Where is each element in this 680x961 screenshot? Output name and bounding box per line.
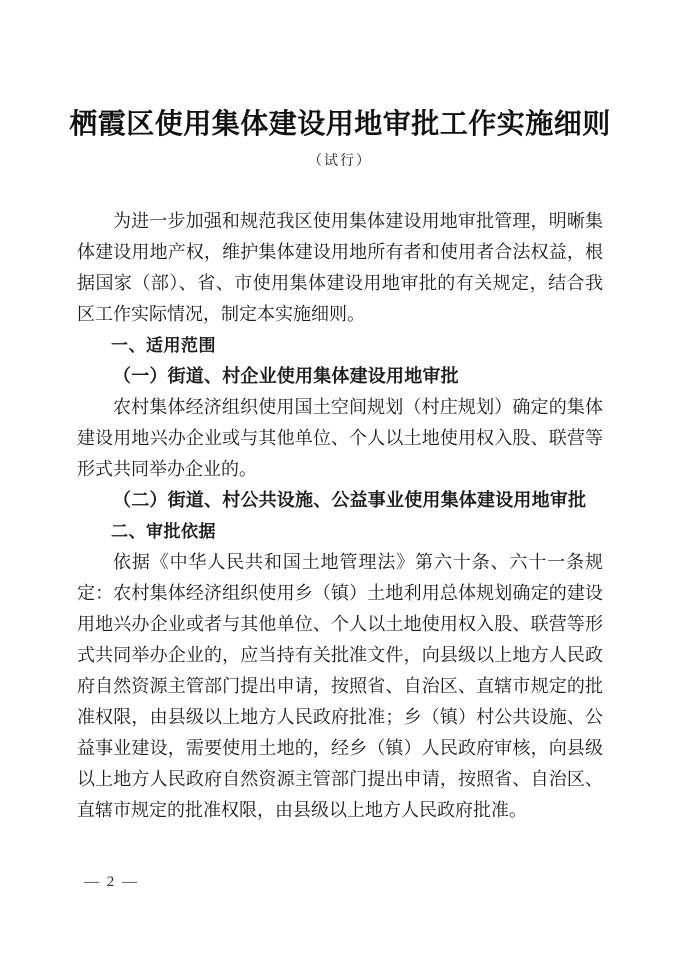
section-heading: （一）街道、村企业使用集体建设用地审批 bbox=[77, 361, 603, 392]
section-heading: 一、适用范围 bbox=[77, 330, 603, 361]
document-page: 栖霞区使用集体建设用地审批工作实施细则 （试行） 为进一步加强和规范我区使用集体… bbox=[0, 0, 680, 961]
document-body: 为进一步加强和规范我区使用集体建设用地审批管理，明晰集体建设用地产权，维护集体建… bbox=[77, 206, 603, 826]
section-heading: 二、审批依据 bbox=[77, 516, 603, 547]
body-paragraph: 为进一步加强和规范我区使用集体建设用地审批管理，明晰集体建设用地产权，维护集体建… bbox=[77, 206, 603, 330]
body-paragraph: 农村集体经济组织使用国土空间规划（村庄规划）确定的集体建设用地兴办企业或与其他单… bbox=[77, 392, 603, 485]
section-heading: （二）街道、村公共设施、公益事业使用集体建设用地审批 bbox=[77, 485, 603, 516]
document-subtitle: （试行） bbox=[0, 150, 680, 170]
document-title: 栖霞区使用集体建设用地审批工作实施细则 bbox=[0, 0, 680, 144]
body-paragraph: 依据《中华人民共和国土地管理法》第六十条、六十一条规定：农村集体经济组织使用乡（… bbox=[77, 547, 603, 826]
page-number: — 2 — bbox=[84, 874, 139, 891]
